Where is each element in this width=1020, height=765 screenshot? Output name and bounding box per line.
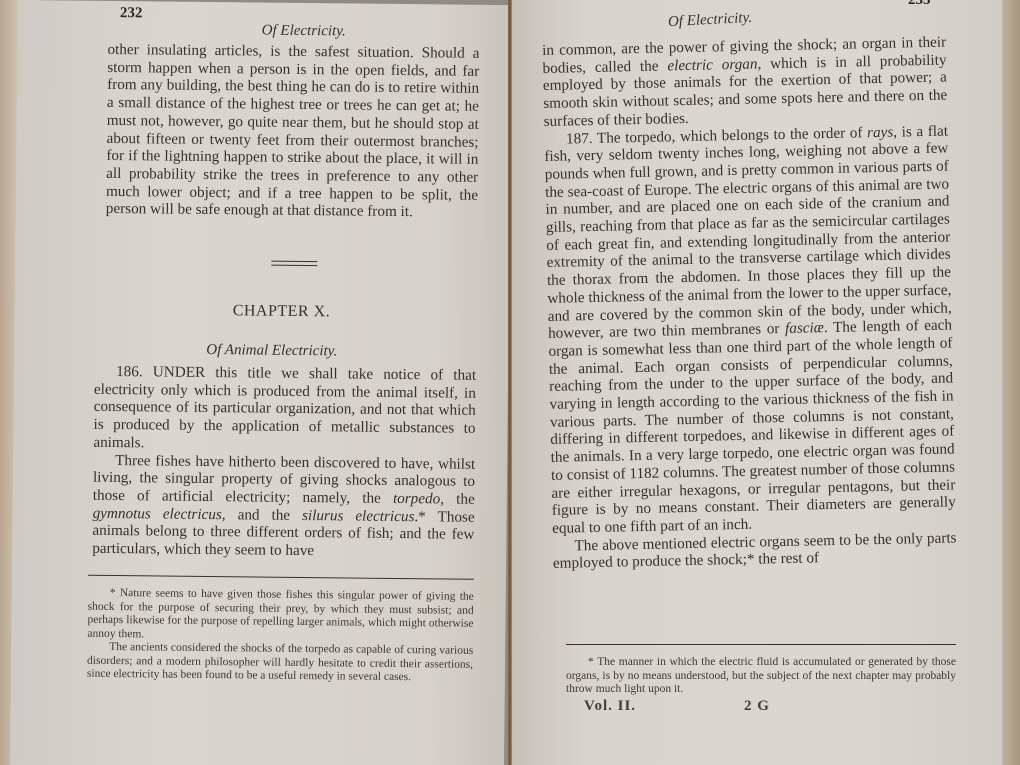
page-number: 233 — [908, 0, 931, 9]
signature-mark: 2 G — [744, 698, 770, 715]
paragraph-text: other insulating articles, is the safest… — [106, 41, 480, 222]
footnote-rule — [566, 644, 956, 645]
footnote-1: * Nature seems to have given those fishe… — [87, 587, 474, 645]
chapter-subtitle: Of Animal Electricity. — [206, 342, 337, 360]
ornament-rule — [271, 261, 317, 266]
right-body: in common, are the power of giving the s… — [542, 34, 957, 573]
paragraph-186: 186. UNDER this title we shall take noti… — [93, 363, 476, 456]
continuation-paragraph: in common, are the power of giving the s… — [542, 34, 948, 131]
footnote-text: * The manner in which the electric fluid… — [566, 656, 956, 697]
paragraph-electric-organs: The above mentioned electric organs seem… — [552, 529, 957, 573]
right-page: 233 Of Electricity. in common, are the p… — [512, 0, 1002, 765]
footnote: * The manner in which the electric fluid… — [566, 656, 956, 697]
continuation-paragraph: other insulating articles, is the safest… — [106, 41, 480, 222]
chapter-title: CHAPTER X. — [233, 302, 331, 321]
left-page: 232 Of Electricity. other insulating art… — [10, 0, 512, 765]
footnote-2: The ancients considered the shocks of th… — [87, 641, 473, 686]
running-head: Of Electricity. — [262, 23, 346, 41]
paragraph-187: 187. The torpedo, which belongs to the o… — [544, 122, 956, 538]
page-number: 232 — [120, 5, 143, 22]
paragraph-three-fishes: Three fishes have hitherto been discover… — [92, 451, 475, 561]
signature-volume: Vol. II. — [584, 698, 636, 715]
footnotes: * Nature seems to have given those fishe… — [87, 587, 474, 686]
section-body: 186. UNDER this title we shall take noti… — [92, 363, 476, 562]
footnote-rule — [88, 575, 474, 580]
running-head: Of Electricity. — [668, 10, 753, 31]
